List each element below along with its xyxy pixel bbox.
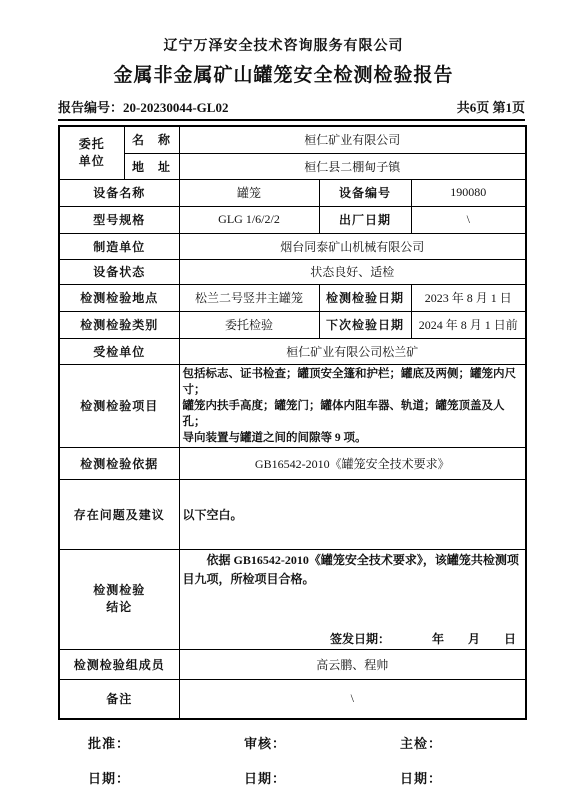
device-name-value: 罐笼 [179,179,319,206]
inspected-unit-label: 受检单位 [59,338,179,364]
inspection-items-label: 检测检验项目 [59,364,179,447]
device-no-value: 190080 [411,179,526,206]
org-name: 辽宁万泽安全技术咨询服务有限公司 [0,0,567,55]
page-title: 金属非金属矿山罐笼安全检测检验报告 [0,60,567,87]
client-address-label: 地 址 [124,153,179,179]
inspection-date-value: 2023 年 8 月 1 日 [411,284,526,311]
sign-date-line: 签发日期： 年 月 日 [183,630,523,647]
remarks-label: 备注 [59,679,179,719]
report-number: 报告编号：20-20230044-GL02 [58,97,228,116]
manufacture-date-label: 出厂日期 [319,206,411,233]
inspection-items-value: 包括标志、证书检查；罐顶安全篷和护栏；罐底及两侧；罐笼内尺寸； 罐笼内扶手高度；… [179,364,526,447]
inspection-type-label: 检测检验类别 [59,311,179,338]
signature-row: 批准： 审核： 主检： [58,733,525,752]
conclusion-label: 检测检验 结论 [59,549,179,649]
client-address-value: 桓仁县二棚甸子镇 [179,153,526,179]
device-status-label: 设备状态 [59,259,179,284]
manufacturer-label: 制造单位 [59,233,179,259]
remarks-value: \ [179,679,526,719]
conclusion-text: 依据 GB16542-2010《罐笼安全技术要求》，该罐笼共检测项目九项，所检项… [183,551,523,589]
page-count: 共6页 第1页 [457,97,525,116]
inspected-unit-value: 桓仁矿业有限公司松兰矿 [179,338,526,364]
model-spec-value: GLG 1/6/2/2 [179,206,319,233]
review-label: 审核： [214,733,370,752]
inspection-place-value: 松兰二号竖井主罐笼 [179,284,319,311]
problems-suggestions-label: 存在问题及建议 [59,479,179,549]
review-date-label: 日期： [214,768,370,787]
chief-inspector-label: 主检： [370,733,525,752]
client-name-label: 名 称 [124,126,179,153]
team-members-value: 高云鹏、程帅 [179,649,526,679]
next-inspection-date-label: 下次检验日期 [319,311,411,338]
report-number-label: 报告编号： [58,100,123,115]
device-name-label: 设备名称 [59,179,179,206]
problems-suggestions-value: 以下空白。 [179,479,526,549]
manufacturer-value: 烟台同泰矿山机械有限公司 [179,233,526,259]
inspection-basis-value: GB16542-2010《罐笼安全技术要求》 [179,447,526,479]
approve-date-label: 日期： [58,768,214,787]
report-number-value: 20-20230044-GL02 [123,100,228,115]
inspection-type-value: 委托检验 [179,311,319,338]
client-name-value: 桓仁矿业有限公司 [179,126,526,153]
report-table: 委托 单位 名 称 桓仁矿业有限公司 地 址 桓仁县二棚甸子镇 设备名称 罐笼 … [58,125,527,720]
device-status-value: 状态良好、适检 [179,259,526,284]
inspection-date-label: 检测检验日期 [319,284,411,311]
client-unit-label: 委托 单位 [59,126,124,179]
signature-date-row: 日期： 日期： 日期： [58,768,525,787]
device-no-label: 设备编号 [319,179,411,206]
model-spec-label: 型号规格 [59,206,179,233]
inspection-basis-label: 检测检验依据 [59,447,179,479]
report-number-line: 报告编号：20-20230044-GL02 共6页 第1页 [58,97,525,121]
approve-label: 批准： [58,733,214,752]
manufacture-date-value: \ [411,206,526,233]
inspection-place-label: 检测检验地点 [59,284,179,311]
next-inspection-date-value: 2024 年 8 月 1 日前 [411,311,526,338]
team-members-label: 检测检验组成员 [59,649,179,679]
report-page: 辽宁万泽安全技术咨询服务有限公司 金属非金属矿山罐笼安全检测检验报告 报告编号：… [0,0,567,802]
conclusion-value: 依据 GB16542-2010《罐笼安全技术要求》，该罐笼共检测项目九项，所检项… [179,549,526,649]
chief-date-label: 日期： [370,768,525,787]
